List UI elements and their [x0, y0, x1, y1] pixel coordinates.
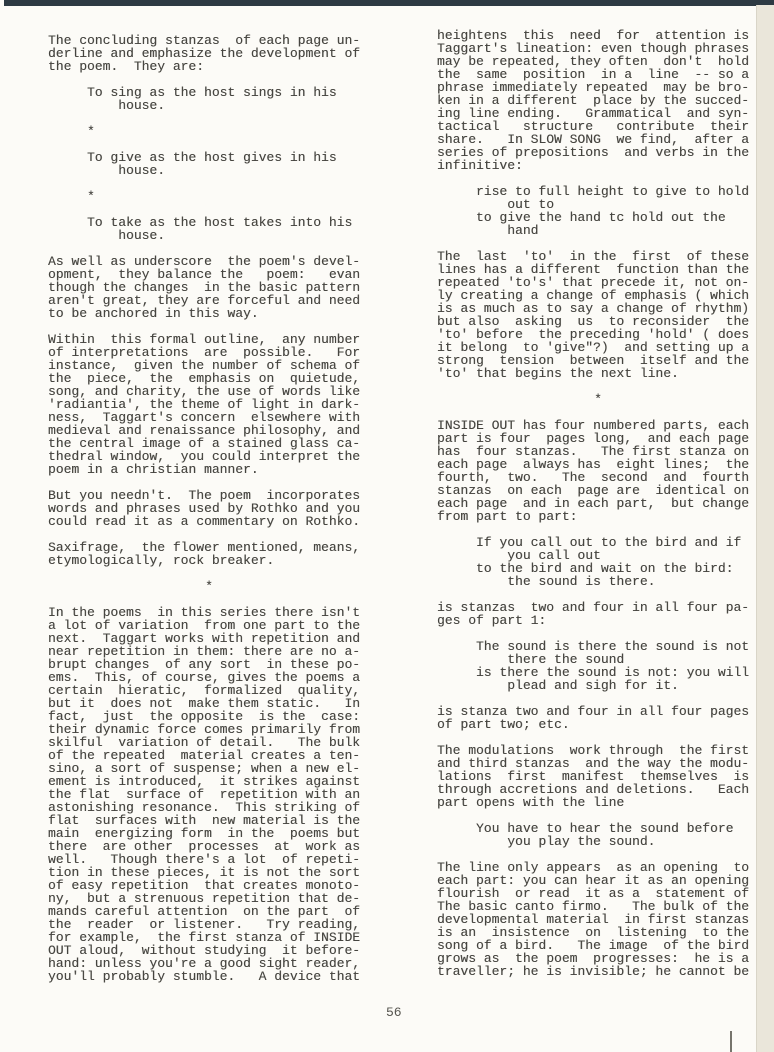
paragraph: is stanza two and four in all four pages… [437, 705, 759, 731]
paragraph: In the poems in this series there isn't … [48, 606, 370, 983]
paragraph: But you needn't. The poem incorporates w… [48, 489, 370, 528]
stanza-quote: To sing as the host sings in his house. [48, 86, 370, 112]
paragraph: Saxifrage, the flower mentioned, means, … [48, 541, 370, 567]
stanza-quote: If you call out to the bird and if you c… [437, 536, 759, 588]
stanza-quote: The sound is there the sound is not ther… [437, 640, 759, 692]
scan-edge-top-bar [4, 0, 774, 6]
asterisk-separator: * [48, 125, 370, 138]
paragraph: Within this formal outline, any number o… [48, 333, 370, 476]
left-column: The concluding stanzas of each page un- … [48, 34, 370, 996]
paragraph: INSIDE OUT has four numbered parts, each… [437, 419, 759, 523]
paragraph: The modulations work through the first a… [437, 744, 759, 809]
paragraph: As well as underscore the poem's devel- … [48, 255, 370, 320]
paragraph: The last 'to' in the first of these line… [437, 250, 759, 380]
asterisk-separator: * [48, 580, 370, 593]
asterisk-separator: * [437, 393, 759, 406]
stanza-quote: To take as the host takes into his house… [48, 216, 370, 242]
paragraph: is stanzas two and four in all four pa- … [437, 601, 759, 627]
stanza-quote: rise to full height to give to hold out … [437, 185, 759, 237]
stanza-quote: You have to hear the sound before you pl… [437, 822, 759, 848]
paragraph: heightens this need for attention is Tag… [437, 29, 759, 172]
paragraph: The concluding stanzas of each page un- … [48, 34, 370, 73]
page-number: 56 [386, 1006, 402, 1019]
asterisk-separator: * [48, 190, 370, 203]
stanza-quote: To give as the host gives in his house. [48, 151, 370, 177]
paragraph: The line only appears as an opening to e… [437, 861, 759, 978]
right-column: heightens this need for attention is Tag… [437, 29, 759, 991]
scan-edge-tick [730, 1031, 732, 1052]
